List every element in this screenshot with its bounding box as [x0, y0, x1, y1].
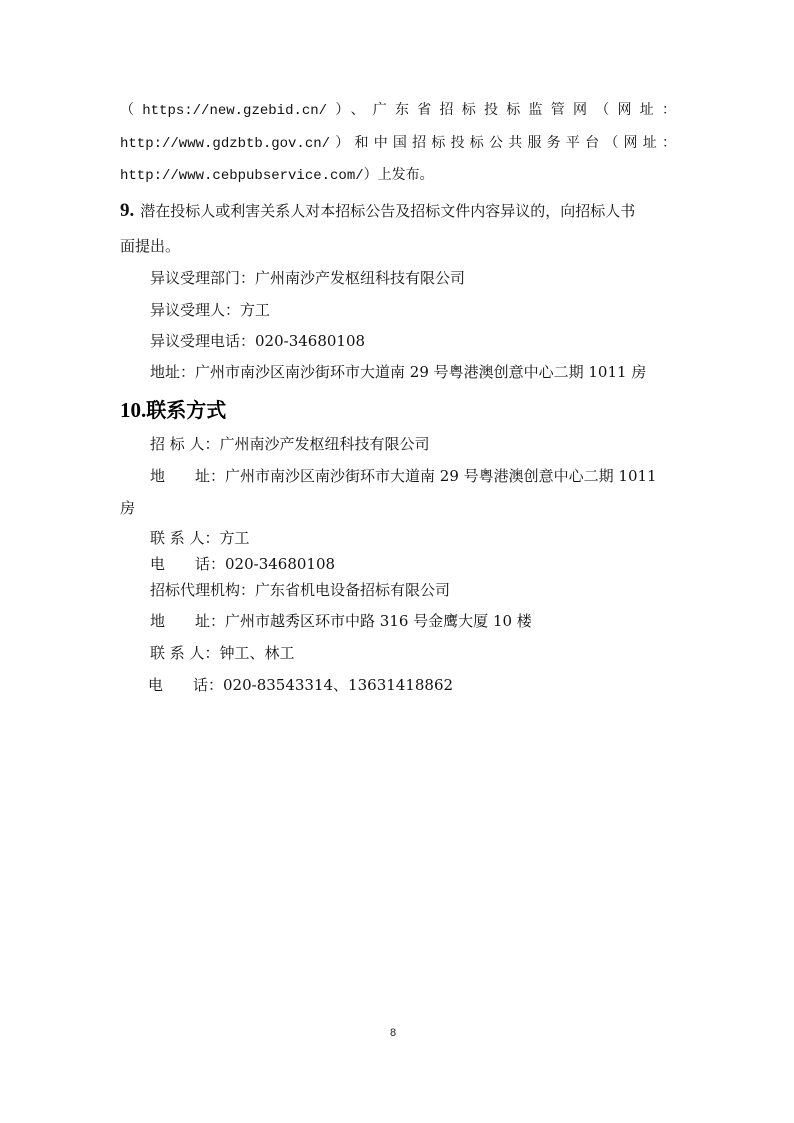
agency-address-label: 地 址：	[150, 611, 225, 631]
agency-phone-value: 020-83543314、13631418862	[223, 676, 453, 694]
agency-label: 招标代理机构：	[150, 580, 255, 600]
tenderer-phone-row: 电 话：020-34680108	[150, 554, 335, 574]
intro-line-2: http://www.gdzbtb.gov.cn/）和中国招标投标公共服务平台（…	[120, 134, 676, 154]
tenderer-phone-value: 020-34680108	[225, 555, 335, 573]
section-10-heading: 10.联系方式	[120, 397, 226, 423]
section-9-number: 9.	[120, 200, 134, 221]
tenderer-contact-label: 联 系 人：	[150, 528, 220, 548]
agency-contact-label: 联 系 人：	[150, 643, 220, 663]
intro-line-3: http://www.cebpubservice.com/）上发布。	[120, 166, 434, 186]
intro-line-1: （https://new.gzebid.cn/）、广东省招标投标监管网（网址：	[120, 101, 676, 121]
agency-value: 广东省机电设备招标有限公司	[255, 581, 450, 599]
tenderer-label: 招 标 人：	[150, 434, 220, 454]
objection-phone: 异议受理电话：020-34680108	[150, 331, 365, 351]
section-9-text-line1: 潜在投标人或利害关系人对本招标公告及招标文件内容异议的，向招标人书	[140, 202, 635, 220]
section-10-number: 10.	[120, 398, 146, 422]
tenderer-value: 广州南沙产发枢纽科技有限公司	[220, 435, 430, 453]
tenderer-contact-value: 方工	[220, 529, 250, 547]
objection-person: 异议受理人：方工	[150, 300, 270, 320]
agency-contact-value: 钟工、林工	[220, 644, 295, 662]
agency-address-row: 地 址：广州市越秀区环市中路 316 号金鹰大厦 10 楼	[150, 611, 532, 631]
tenderer-contact-row: 联 系 人：方工	[150, 528, 250, 548]
section-9-paragraph: 9.潜在投标人或利害关系人对本招标公告及招标文件内容异议的，向招标人书	[120, 201, 635, 221]
agency-phone-row: 电 话：020-83543314、13631418862	[148, 675, 453, 695]
agency-phone-label: 电 话：	[148, 675, 223, 695]
agency-address-value: 广州市越秀区环市中路 316 号金鹰大厦 10 楼	[225, 612, 532, 630]
tenderer-phone-label: 电 话：	[150, 554, 225, 574]
section-9-text-line2: 面提出。	[120, 236, 180, 256]
page-number: 8	[390, 1027, 396, 1039]
tenderer-address-value: 广州市南沙区南沙街环市大道南 29 号粤港澳创意中心二期 1011	[225, 467, 657, 485]
section-10-title: 联系方式	[146, 398, 226, 422]
tenderer-address-row: 地 址：广州市南沙区南沙街环市大道南 29 号粤港澳创意中心二期 1011	[150, 466, 657, 486]
objection-dept: 异议受理部门：广州南沙产发枢纽科技有限公司	[150, 268, 465, 288]
agency-contact-row: 联 系 人：钟工、林工	[150, 643, 295, 663]
tenderer-address-label: 地 址：	[150, 466, 225, 486]
tenderer-address-continuation: 房	[120, 498, 135, 518]
tenderer-row: 招 标 人：广州南沙产发枢纽科技有限公司	[150, 434, 430, 454]
objection-address: 地址：广州市南沙区南沙街环市大道南 29 号粤港澳创意中心二期 1011 房	[150, 362, 646, 382]
agency-row: 招标代理机构：广东省机电设备招标有限公司	[150, 580, 450, 600]
